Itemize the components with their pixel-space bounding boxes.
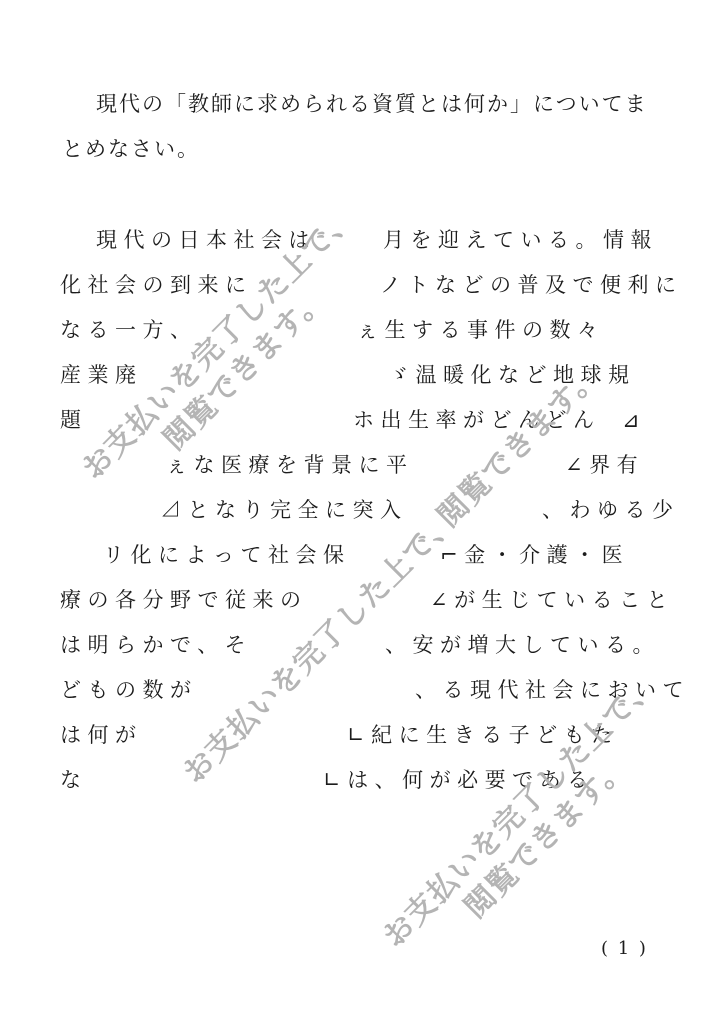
text-fragment: ノトなどの普及で便利に [380,273,683,297]
text-fragment: ∠界有 [565,453,644,477]
text-fragment: 月を迎えている。情報 [383,228,658,252]
text-fragment: 、安が増大している。 [385,633,660,657]
text-fragment: ぇ生する事件の数々 [357,318,605,342]
text-fragment: 、る現代社会において [415,678,690,702]
text-fragment: ぇな医療を背景に平 [166,453,414,477]
text-fragment: ∟紀に生きる子どもた [347,723,619,747]
text-fragment: 療の各分野で従来の [60,588,308,612]
payment-watermark-text: お支払いを完了した上で、 閲覧できます。 [376,667,691,982]
text-fragment: な [60,768,88,792]
text-fragment: ⌐金・介護・医 [440,543,629,567]
text-fragment: 化社会の到来に [60,273,253,297]
text-fragment: 現代の日本社会は [96,228,316,252]
document-page: ( 1 ) 現代の「教師に求められる資質とは何か」についてまとめなさい。現代の日… [0,0,725,1024]
text-fragment: ∠が生じていること [430,588,674,612]
text-fragment: 、わゆる少 [542,498,680,522]
page-number: ( 1 ) [601,938,648,959]
text-fragment: 産業廃 [60,363,143,387]
text-fragment: とめなさい。 [62,137,200,161]
text-fragment: どもの数が [60,678,198,702]
text-fragment: は何が [60,723,143,747]
text-fragment: リ化によって社会保 [103,543,351,567]
text-fragment: ホ出生率がどんどん [353,408,601,432]
text-fragment: ∟は、何が必要である [323,768,595,792]
text-fragment: ⊿となり完全に突入 [160,498,408,522]
text-fragment: は明らかで、そ [60,633,252,657]
text-fragment: 題 [60,408,88,432]
text-fragment: ⊿ [622,408,646,432]
text-fragment: なる一方、 [60,318,198,342]
text-fragment: ゞ温暖化など地球規 [388,363,636,387]
text-fragment: 現代の「教師に求められる資質とは何か」についてま [96,92,648,116]
